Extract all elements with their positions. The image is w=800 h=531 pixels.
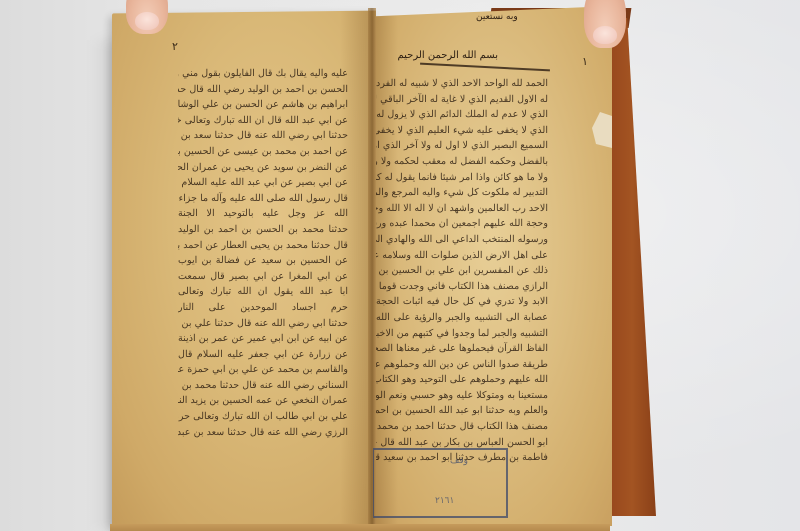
- text-line: طريقة صدوا الناس عن دين الله وحملوهم على…: [376, 357, 548, 373]
- text-line: والقاسم بن محمد عن علي بن ابي حمزة عن اب…: [178, 362, 348, 378]
- text-line: الحمد لله الواحد الاحد الذي لا شبيه له ا…: [376, 76, 548, 92]
- right-finger: [584, 0, 626, 48]
- text-line: الله عز وجل عليه بالتوحيد الا الجنة: [178, 206, 348, 222]
- text-line: علي بن ابي طالب ان الله تبارك وتعالى حرم…: [178, 409, 348, 425]
- basmala-heading: بسم الله الرحمن الرحيم: [398, 50, 498, 62]
- text-line: والعلم وبه حدثنا ابو عبد الله الحسين بن …: [376, 403, 548, 419]
- text-line: الذي لا عدم له الملك الدائم الذي لا يزول…: [376, 107, 548, 123]
- fingernail: [135, 12, 159, 30]
- text-line: الفاظ القرآن فيحملوها على غير معناها الص…: [376, 341, 548, 357]
- text-line: عليه واليه يقال بك قال الفايلون بقول مني…: [178, 66, 348, 82]
- text-line: التدبير له ملكوت كل شيء واليه المرجع وال…: [376, 185, 548, 201]
- text-line: قال حدثنا محمد بن يحيى العطار عن احمد بن…: [178, 238, 348, 254]
- text-line: حرم اجساد الموحدين على النار: [178, 300, 348, 316]
- right-folio-number: ١: [582, 55, 588, 68]
- fingernail: [593, 26, 617, 44]
- text-line: عمران النخعي عن عمه الحسين بن يزيد النوف…: [178, 393, 348, 409]
- left-folio-number: ٢: [172, 40, 178, 53]
- text-line: التشبيه والجبر لما وجدوا في كتبهم من الا…: [376, 326, 548, 342]
- right-page-text: الحمد لله الواحد الاحد الذي لا شبيه له ا…: [376, 76, 548, 466]
- text-line: عن احمد بن محمد بن عيسى عن الحسين بن سعي…: [178, 144, 348, 160]
- text-line: حدثنا ابي رضي الله عنه قال حدثنا سعد بن …: [178, 128, 348, 144]
- text-line: حدثنا ابي رضي الله عنه قال حدثنا علي بن …: [178, 316, 348, 332]
- text-line: قال رسول الله صلى الله عليه وآله ما جزاء…: [178, 191, 348, 207]
- text-line: عن ابي المغرا عن ابي بصير قال سمعت: [178, 269, 348, 285]
- photo-scene: ٢ ١ وبه نستعين بسم الله الرحمن الرحيم عل…: [0, 0, 800, 531]
- text-line: الاحد رب العالمين واشهد ان لا اله الا ال…: [376, 201, 548, 217]
- left-finger: [126, 0, 168, 34]
- text-line: ولا ما هو كائن واذا امر شيئا فانما يقول …: [376, 170, 548, 186]
- text-line: الابد ولا تدري في كل حال فيه اثبات الحجة: [376, 294, 548, 310]
- text-line: الرزي رضي الله عنه قال حدثنا سعد بن عبد …: [178, 425, 348, 441]
- right-page-top-note: وبه نستعين: [476, 12, 518, 22]
- text-line: الرازي مصنف هذا الكتاب فاني وجدت قوما من…: [376, 279, 548, 295]
- text-line: عصابة الى التشبيه والجبر والرؤية على الل…: [376, 310, 548, 326]
- text-line: مصنف هذا الكتاب قال حدثنا احمد بن محمد ق…: [376, 419, 548, 435]
- text-line: عن ابي بصير عن ابي عبد الله عليه السلام …: [178, 175, 348, 191]
- text-line: عن ابي عبد الله قال ان الله تبارك وتعالى…: [178, 113, 348, 129]
- text-line: عن النضر بن سويد عن يحيى بن عمران الحلبي: [178, 160, 348, 176]
- text-line: ورسوله المنتخب الداعي الى الله والهادي ا…: [376, 232, 548, 248]
- text-line: على اهل الارض الذين صلوات الله وسلامه عل…: [376, 248, 548, 264]
- text-line: وحجة الله عليهم اجمعين ان محمدا عبده ورس…: [376, 216, 548, 232]
- text-line: له الاول القديم الذي لا غاية له الآخر ال…: [376, 92, 548, 108]
- text-line: ذلك عن المفسرين ابن علي بن الحسين بن موس…: [376, 263, 548, 279]
- stamp-label: وقف: [450, 456, 468, 466]
- text-line: عن ابيه عن ابن ابي عمير عن عمر بن اذينة: [178, 331, 348, 347]
- text-line: الحسن بن احمد بن الوليد رضي الله قال حدث…: [178, 82, 348, 98]
- text-line: بالفضل وحكمه الفضل له معقب لحكمه ولا راد…: [376, 154, 548, 170]
- text-line: الله عليهم وحملوهم على التوحيد وهو الكتا…: [376, 372, 548, 388]
- text-line: عن الحسين بن سعيد عن فضالة بن ايوب: [178, 253, 348, 269]
- text-line: السناني رضي الله عنه قال حدثنا محمد بن ع…: [178, 378, 348, 394]
- text-line: عن زرارة عن ابي جعفر عليه السلام قال: [178, 347, 348, 363]
- text-line: الذي لا يخفى عليه شيء العليم الذي لا يخف…: [376, 123, 548, 139]
- text-line: ابا عبد الله يقول ان الله تبارك وتعالى: [178, 284, 348, 300]
- text-line: حدثنا محمد بن الحسن بن احمد بن الوليد: [178, 222, 348, 238]
- library-stamp-box: [373, 448, 508, 518]
- text-line: ابراهيم بن هاشم عن الحسن بن علي الوشا عن…: [178, 97, 348, 113]
- text-line: السميع البصير الذي لا اول له ولا آخر الذ…: [376, 138, 548, 154]
- stamp-number: ٢١٦١: [435, 496, 454, 506]
- page-block-bottom-edge: [110, 524, 610, 531]
- left-page-text: عليه واليه يقال بك قال الفايلون بقول مني…: [178, 66, 348, 440]
- text-line: مستعينا به ومتوكلا عليه وهو حسبي ونعم ال…: [376, 388, 548, 404]
